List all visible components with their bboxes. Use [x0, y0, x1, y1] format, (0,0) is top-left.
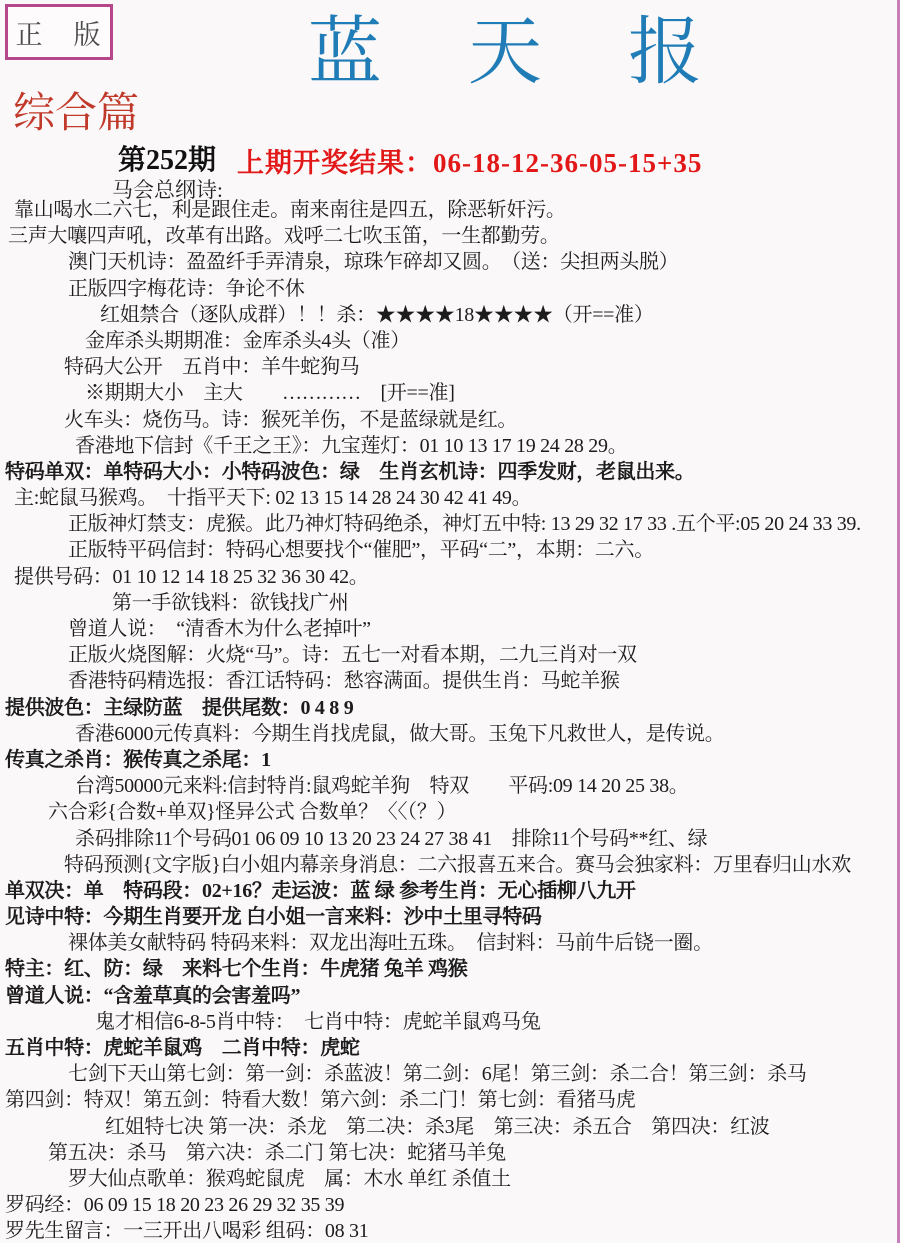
report-line: 正版神灯禁支：虎猴。此乃神灯特码绝杀，神灯五中特: 13 29 32 17 33… — [0, 511, 900, 537]
report-line: 杀码排除11个号码01 06 09 10 13 20 23 24 27 38 4… — [0, 826, 900, 852]
report-line: 特主：红、防：绿 来料七个生肖：牛虎猪 兔羊 鸡猴 — [0, 956, 900, 982]
report-line: 火车头：烧伤马。诗：猴死羊伤，不是蓝绿就是红。 — [0, 407, 900, 433]
report-line: 鬼才相信6-8-5肖中特： 七肖中特：虎蛇羊鼠鸡马兔 — [0, 1009, 900, 1035]
report-line: 单双决：单 特码段：02+16？走运波：蓝 绿 参考生肖：无心插柳八九开 — [0, 878, 900, 904]
report-line: 红姐禁合（逐队成群）！！杀：★★★★18★★★★（开==准） — [0, 302, 900, 328]
report-line: 香港地下信封《千王之王》：九宝莲灯：01 10 13 17 19 24 28 2… — [0, 433, 900, 459]
report-line: 正版四字梅花诗：争论不休 — [0, 276, 900, 302]
report-line: 五肖中特：虎蛇羊鼠鸡 二肖中特：虎蛇 — [0, 1035, 900, 1061]
last-draw-result: 上期开奖结果：06-18-12-36-05-15+35 — [237, 141, 702, 180]
report-line: 第四剑：特双！第五剑：特看大数！第六剑：杀二门！第七剑：看猪马虎 — [0, 1087, 900, 1113]
report-line: 提供波色：主绿防蓝 提供尾数：0 4 8 9 — [0, 695, 900, 721]
report-line: 正版火烧图解：火烧“马”。诗：五七一对看本期，二九三肖对一双 — [0, 642, 900, 668]
report-line: 六合彩{合数+单双}怪异公式 合数单？〈〈（？） — [0, 799, 900, 825]
report-line: 见诗中特：今期生肖要开龙 白小姐一言来料：沙中土里寻特码 — [0, 904, 900, 930]
section-title: 综合篇 — [13, 92, 139, 136]
report-line: 罗码经：06 09 15 18 20 23 26 29 32 35 39 — [0, 1192, 900, 1218]
report-line: 曾道人说：“含羞草真的会害羞吗” — [0, 983, 900, 1009]
report-line: 正版特平码信封：特码心想要找个“催肥”，平码“二”，本期：二六。 — [0, 537, 900, 563]
edition-badge-label: 正 版 — [16, 13, 103, 52]
report-line: 金库杀头期期准：金库杀头4头（准） — [0, 328, 900, 354]
report-body: 靠山喝水二六七，利是跟住走。南来南往是四五，除恶斩奸污。三声大嚷四声吼，改革有出… — [0, 197, 900, 1243]
report-line: 罗大仙点歌单：猴鸡蛇鼠虎 属：木水 单红 杀值土 — [0, 1166, 900, 1192]
report-line: 传真之杀肖：猴传真之杀尾：1 — [0, 747, 900, 773]
issue-number: 第252期 — [118, 138, 216, 178]
report-line: ※期期大小 主大 ………… [开==准] — [0, 380, 900, 406]
report-line: 第一手欲钱料：欲钱找广州 — [0, 590, 900, 616]
report-line: 特码单双：单特码大小：小特码波色：绿 生肖玄机诗：四季发财，老鼠出来。 — [0, 459, 900, 485]
report-line: 七剑下天山第七剑：第一剑：杀蓝波！第二剑：6尾！第三剑：杀二合！第三剑：杀马 — [0, 1061, 900, 1087]
report-line: 特码大公开 五肖中：羊牛蛇狗马 — [0, 354, 900, 380]
report-line: 澳门天机诗：盈盈纤手弄清泉，琼珠乍碎却又圆。 （送：尖担两头脱） — [0, 249, 900, 275]
report-line: 三声大嚷四声吼，改革有出路。戏呼二七吹玉笛，一生都勤劳。 — [0, 223, 900, 249]
report-line: 香港6000元传真料：今期生肖找虎鼠，做大哥。玉兔下凡救世人，是传说。 — [0, 721, 900, 747]
report-line: 提供号码：01 10 12 14 18 25 32 36 30 42。 — [0, 564, 900, 590]
edition-badge: 正 版 — [5, 4, 113, 60]
page-title: 蓝天报 — [308, 16, 788, 90]
report-line: 第五决：杀马 第六决：杀二门 第七决：蛇猪马羊兔 — [0, 1140, 900, 1166]
report-line: 裸体美女献特码 特码来料：双龙出海吐五珠。 信封料：马前牛后铙一圈。 — [0, 930, 900, 956]
report-line: 靠山喝水二六七，利是跟住走。南来南往是四五，除恶斩奸污。 — [0, 197, 900, 223]
report-line: 红姐特七决 第一决：杀龙 第二决：杀3尾 第三决：杀五合 第四决：红波 — [0, 1114, 900, 1140]
report-line: 曾道人说： “清香木为什么老掉叶” — [0, 616, 900, 642]
report-line: 香港特码精选报：香江话特码：愁容满面。提供生肖：马蛇羊猴 — [0, 668, 900, 694]
report-line: 台湾50000元来料:信封特肖:鼠鸡蛇羊狗 特双 平码:09 14 20 25 … — [0, 773, 900, 799]
report-line: 特码预测{文字版}白小姐内幕亲身消息：二六报喜五来合。赛马会独家料：万里春归山水… — [0, 852, 900, 878]
report-line: 主:蛇鼠马猴鸡。 十指平天下: 02 13 15 14 28 24 30 42 … — [0, 485, 900, 511]
newspaper-page: 正 版 蓝天报 综合篇 第252期 上期开奖结果：06-18-12-36-05-… — [0, 0, 900, 1243]
report-line: 罗先生留言：一三开出八喝彩 组码：08 31 — [0, 1218, 900, 1243]
